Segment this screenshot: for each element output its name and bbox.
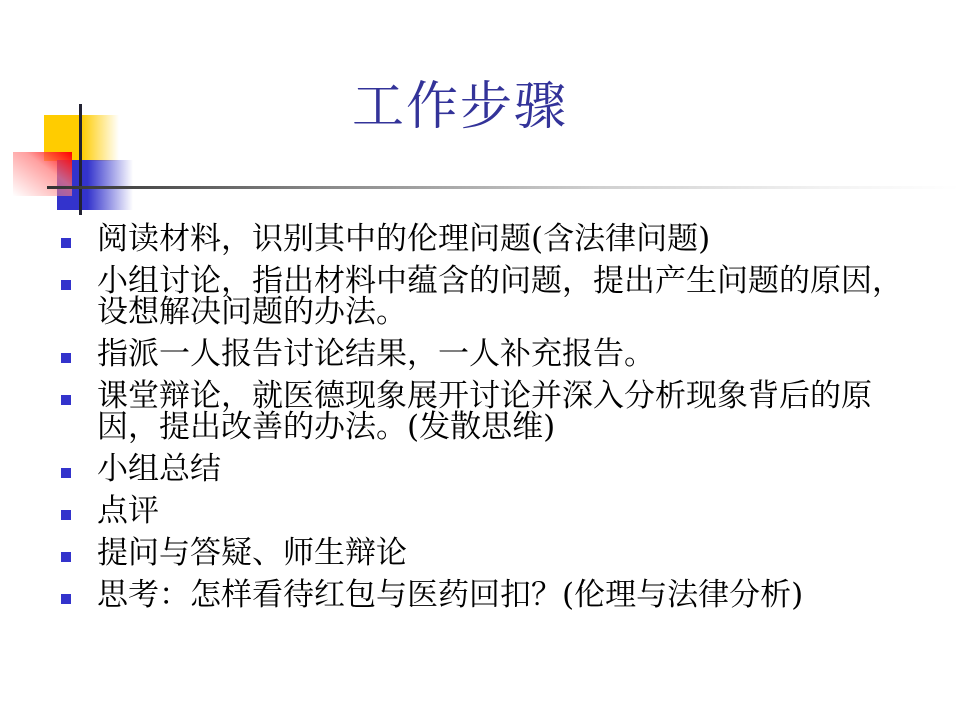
- square-bullet-icon: [61, 353, 71, 363]
- bullet-text: 小组讨论，指出材料中蕴含的问题，提出产生问题的原因，设想解决问题的办法。: [97, 266, 910, 328]
- bullet-text: 课堂辩论，就医德现象展开讨论并深入分析现象背后的原因，提出改善的办法。(发散思维…: [97, 381, 910, 443]
- bullet-item: 阅读材料，识别其中的伦理问题(含法律问题): [60, 224, 910, 255]
- square-bullet-icon: [61, 395, 71, 405]
- decorative-red-square: [13, 152, 72, 196]
- slide-title: 工作步骤: [0, 72, 940, 142]
- square-bullet-icon: [61, 468, 71, 478]
- bullet-text: 指派一人报告讨论结果，一人补充报告。: [97, 339, 910, 370]
- bullet-item: 提问与答疑、师生辩论: [60, 538, 910, 569]
- bullet-item: 小组讨论，指出材料中蕴含的问题，提出产生问题的原因，设想解决问题的办法。: [60, 266, 910, 328]
- bullet-item: 点评: [60, 496, 910, 527]
- square-bullet-icon: [61, 552, 71, 562]
- square-bullet-icon: [61, 594, 71, 604]
- bullet-item: 思考：怎样看待红包与医药回扣？(伦理与法律分析): [60, 580, 910, 611]
- bullet-item: 小组总结: [60, 454, 910, 485]
- bullet-text: 思考：怎样看待红包与医药回扣？(伦理与法律分析): [97, 580, 910, 611]
- bullet-text: 点评: [97, 496, 910, 527]
- bullet-text: 阅读材料，识别其中的伦理问题(含法律问题): [97, 224, 910, 255]
- square-bullet-icon: [61, 280, 71, 290]
- bullet-text: 小组总结: [97, 454, 910, 485]
- slide-title-text: 工作步骤: [352, 77, 568, 137]
- slide: 工作步骤 阅读材料，识别其中的伦理问题(含法律问题) 小组讨论，指出材料中蕴含的…: [0, 0, 960, 720]
- bullet-text: 提问与答疑、师生辩论: [97, 538, 910, 569]
- bullet-list: 阅读材料，识别其中的伦理问题(含法律问题) 小组讨论，指出材料中蕴含的问题，提出…: [60, 224, 910, 622]
- square-bullet-icon: [61, 238, 71, 248]
- title-underline-rule: [47, 186, 960, 189]
- square-bullet-icon: [61, 510, 71, 520]
- bullet-item: 指派一人报告讨论结果，一人补充报告。: [60, 339, 910, 370]
- bullet-item: 课堂辩论，就医德现象展开讨论并深入分析现象背后的原因，提出改善的办法。(发散思维…: [60, 381, 910, 443]
